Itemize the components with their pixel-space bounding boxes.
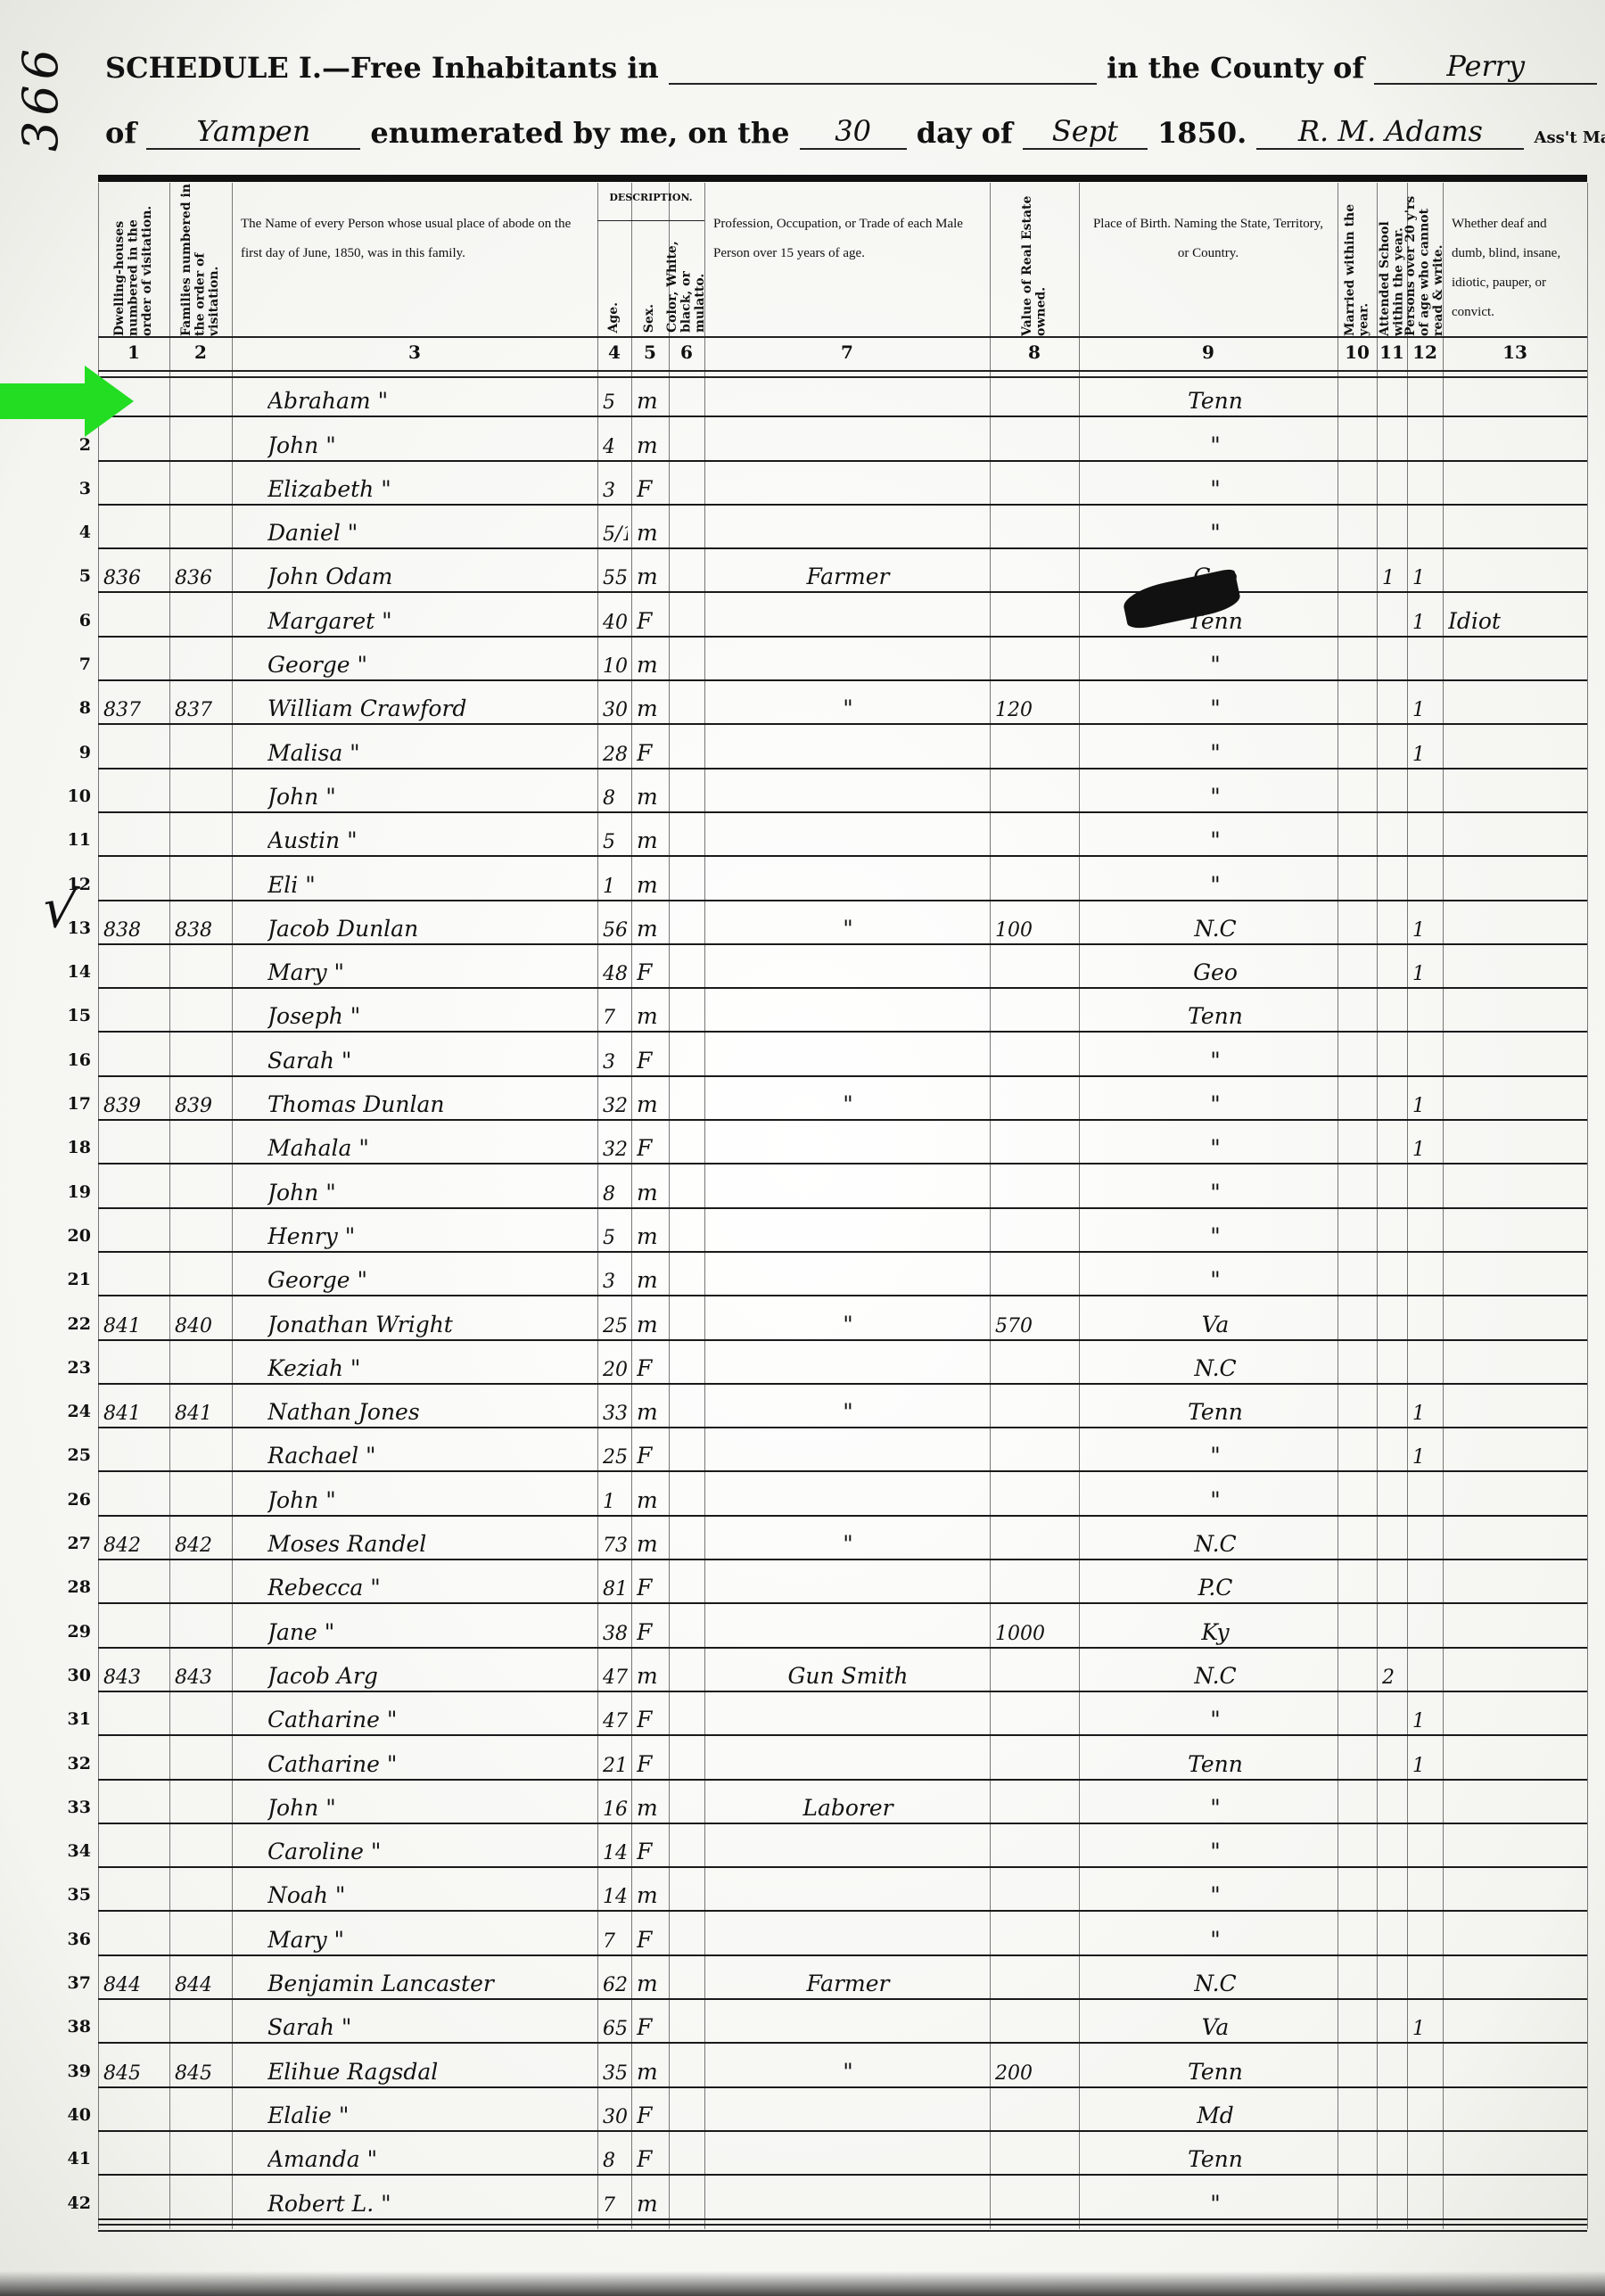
column-number: 9 bbox=[1079, 342, 1337, 370]
cell-illiterate: 1 bbox=[1412, 699, 1439, 721]
column-header-text: Place of Birth. Naming the State, Territ… bbox=[1093, 217, 1323, 260]
cell-name: Amanda " bbox=[267, 2146, 594, 2172]
cell-sex: F bbox=[637, 959, 665, 985]
cell-name: Abraham " bbox=[267, 388, 594, 414]
table-row: 21George "3m" bbox=[98, 1253, 1587, 1296]
column-number: 11 bbox=[1377, 342, 1407, 370]
cell-family: 837 bbox=[175, 699, 228, 721]
cell-name: Catharine " bbox=[267, 1751, 594, 1777]
cell-sex: F bbox=[637, 1443, 665, 1469]
line-number: 31 bbox=[62, 1709, 91, 1729]
cell-age: 7 bbox=[603, 2194, 628, 2217]
cell-age: 25 bbox=[603, 1446, 628, 1469]
column-number: 3 bbox=[232, 342, 597, 370]
cell-age: 33 bbox=[603, 1403, 628, 1425]
cell-occupation: " bbox=[710, 1531, 986, 1557]
column-header-2: Families numbered in the order of visita… bbox=[169, 183, 232, 336]
column-number: 2 bbox=[169, 342, 232, 370]
table-row: 25Rachael "25F"1 bbox=[98, 1428, 1587, 1472]
cell-name: Moses Randel bbox=[267, 1531, 594, 1557]
cell-illiterate: 1 bbox=[1412, 1139, 1439, 1161]
cell-name: Malisa " bbox=[267, 740, 594, 766]
cell-birthplace: " bbox=[1097, 1487, 1334, 1513]
header-top-rule bbox=[98, 175, 1587, 182]
cell-name: John Odam bbox=[267, 564, 594, 589]
cell-age: 3 bbox=[603, 1271, 628, 1293]
table-row: 13838838Jacob Dunlan56m"100N.C1 bbox=[98, 901, 1587, 945]
cell-sex: m bbox=[637, 1971, 665, 1996]
cell-age: 10 bbox=[603, 655, 628, 678]
line-number: 2 bbox=[62, 435, 91, 455]
line-number: 37 bbox=[62, 1973, 91, 1993]
cell-birthplace: " bbox=[1097, 1267, 1334, 1293]
column-header-text: The Name of every Person whose usual pla… bbox=[241, 217, 571, 260]
cell-name: John " bbox=[267, 1795, 594, 1821]
cell-birthplace: " bbox=[1097, 1707, 1334, 1732]
cell-sex: F bbox=[637, 2146, 665, 2172]
cell-name: Sarah " bbox=[267, 1048, 594, 1074]
cell-name: Sarah " bbox=[267, 2014, 594, 2040]
cell-name: Mary " bbox=[267, 959, 594, 985]
cell-sex: m bbox=[637, 1312, 665, 1337]
cell-birthplace: Tenn bbox=[1097, 2146, 1334, 2172]
cell-age: 1 bbox=[603, 1491, 628, 1513]
month-value: Sept bbox=[1023, 114, 1148, 150]
cell-age: 25 bbox=[603, 1315, 628, 1337]
table-bottom-rule bbox=[98, 2224, 1587, 2232]
cell-name: George " bbox=[267, 652, 594, 678]
cell-name: Jane " bbox=[267, 1619, 594, 1645]
line-number: 36 bbox=[62, 1930, 91, 1949]
cell-dwelling: 841 bbox=[103, 1315, 166, 1337]
cell-name: Catharine " bbox=[267, 1707, 594, 1732]
line-number: 16 bbox=[62, 1050, 91, 1070]
line-number: 4 bbox=[62, 523, 91, 542]
cell-age: 14 bbox=[603, 1886, 628, 1908]
column-header-9: Place of Birth. Naming the State, Territ… bbox=[1079, 183, 1337, 336]
cell-occupation: " bbox=[710, 1091, 986, 1117]
cell-illiterate: 1 bbox=[1412, 1755, 1439, 1777]
cell-sex: m bbox=[637, 2191, 665, 2217]
table-row: 22841840Jonathan Wright25m"570Va bbox=[98, 1296, 1587, 1340]
cell-age: 5/12 bbox=[603, 523, 628, 546]
table-row: 10John "8m" bbox=[98, 769, 1587, 813]
line-number: 17 bbox=[62, 1094, 91, 1114]
cell-name: Rachael " bbox=[267, 1443, 594, 1469]
table-row: 20Henry "5m" bbox=[98, 1209, 1587, 1253]
cell-sex: m bbox=[637, 520, 665, 546]
cell-birthplace: " bbox=[1097, 1839, 1334, 1864]
cell-name: Joseph " bbox=[267, 1003, 594, 1029]
cell-birthplace: " bbox=[1097, 1223, 1334, 1249]
table-row: 9Malisa "28F"1 bbox=[98, 725, 1587, 769]
cell-age: 16 bbox=[603, 1798, 628, 1821]
cell-sex: m bbox=[637, 388, 665, 414]
cell-sex: F bbox=[637, 1575, 665, 1601]
cell-real-estate: 200 bbox=[995, 2062, 1075, 2085]
cell-birthplace: Va bbox=[1097, 2014, 1334, 2040]
table-row: 32Catharine "21FTenn1 bbox=[98, 1736, 1587, 1780]
cell-sex: F bbox=[637, 1927, 665, 1953]
cell-real-estate: 1000 bbox=[995, 1623, 1075, 1645]
column-header-7: Profession, Occupation, or Trade of each… bbox=[704, 183, 990, 336]
cell-name: Nathan Jones bbox=[267, 1399, 594, 1425]
cell-illiterate: 1 bbox=[1412, 919, 1439, 942]
cell-birthplace: Ky bbox=[1097, 1619, 1334, 1645]
cell-family: 842 bbox=[175, 1535, 228, 1557]
line-number: 38 bbox=[62, 2017, 91, 2037]
table-row: 8837837William Crawford30m"120"1 bbox=[98, 681, 1587, 725]
cell-age: 47 bbox=[603, 1666, 628, 1689]
cell-birthplace: Va bbox=[1097, 1312, 1334, 1337]
cell-real-estate: 100 bbox=[995, 919, 1075, 942]
line-number: 42 bbox=[62, 2193, 91, 2213]
year-label: 1850. bbox=[1157, 116, 1247, 150]
cell-name: Robert L. " bbox=[267, 2191, 594, 2217]
inhabitants-in-blank bbox=[669, 49, 1097, 85]
cell-name: Jacob Dunlan bbox=[267, 916, 594, 942]
cell-dwelling: 844 bbox=[103, 1974, 166, 1996]
table-row: 27842842Moses Randel73m"N.C bbox=[98, 1517, 1587, 1560]
cell-sex: m bbox=[637, 1180, 665, 1206]
cell-sex: m bbox=[637, 2059, 665, 2085]
line-number: 23 bbox=[62, 1358, 91, 1378]
table-row: 26John "1m" bbox=[98, 1473, 1587, 1517]
line-number: 7 bbox=[62, 654, 91, 674]
cell-birthplace: " bbox=[1097, 1795, 1334, 1821]
cell-age: 5 bbox=[603, 1227, 628, 1249]
cell-birthplace: Tenn bbox=[1097, 1399, 1334, 1425]
cell-family: 843 bbox=[175, 1666, 228, 1689]
line-number: 9 bbox=[62, 743, 91, 762]
cell-age: 14 bbox=[603, 1842, 628, 1864]
cell-dwelling: 837 bbox=[103, 699, 166, 721]
cell-birthplace: " bbox=[1097, 695, 1334, 721]
cell-sex: F bbox=[637, 2103, 665, 2128]
schedule-title: SCHEDULE I.—Free Inhabitants in bbox=[105, 51, 659, 85]
cell-occupation: Gun Smith bbox=[710, 1663, 986, 1689]
line-number: 15 bbox=[62, 1006, 91, 1025]
column-header-text: Dwelling-houses numbered in the order of… bbox=[113, 183, 154, 336]
cell-dwelling: 838 bbox=[103, 919, 166, 942]
cell-name: Jonathan Wright bbox=[267, 1312, 594, 1337]
line-number: 34 bbox=[62, 1841, 91, 1861]
table-row: 23Keziah "20FN.C bbox=[98, 1341, 1587, 1385]
cell-birthplace: " bbox=[1097, 1882, 1334, 1908]
cell-age: 56 bbox=[603, 919, 628, 942]
cell-sex: F bbox=[637, 1135, 665, 1161]
cell-illiterate: 1 bbox=[1412, 612, 1439, 634]
column-header-8: Value of Real Estate owned. bbox=[990, 183, 1079, 336]
cell-family: 839 bbox=[175, 1095, 228, 1117]
cell-birthplace: P.C bbox=[1097, 1575, 1334, 1601]
cell-age: 32 bbox=[603, 1139, 628, 1161]
header-rule bbox=[98, 336, 1587, 338]
cell-name: Austin " bbox=[267, 827, 594, 853]
cell-name: Thomas Dunlan bbox=[267, 1091, 594, 1117]
column-number: 4 bbox=[597, 342, 631, 370]
cell-dwelling: 841 bbox=[103, 1403, 166, 1425]
cell-name: Elihue Ragsdal bbox=[267, 2059, 594, 2085]
line-number: 29 bbox=[62, 1622, 91, 1642]
column-header-12: Persons over 20 y'rs of age who cannot r… bbox=[1407, 183, 1443, 336]
cell-sex: F bbox=[637, 1707, 665, 1732]
column-header-4: Age. bbox=[597, 222, 631, 333]
table-row: 19John "8m" bbox=[98, 1164, 1587, 1208]
cell-family: 836 bbox=[175, 567, 228, 589]
cell-sex: F bbox=[637, 1619, 665, 1645]
column-number: 7 bbox=[704, 342, 990, 370]
description-group-rule bbox=[597, 220, 704, 221]
line-number: 35 bbox=[62, 1885, 91, 1905]
cell-name: John " bbox=[267, 1487, 594, 1513]
table-row: 11Austin "5m" bbox=[98, 813, 1587, 857]
cell-age: 7 bbox=[603, 1930, 628, 1953]
cell-age: 47 bbox=[603, 1710, 628, 1732]
column-header-3: The Name of every Person whose usual pla… bbox=[232, 183, 597, 336]
cell-age: 8 bbox=[603, 787, 628, 810]
of-label: of bbox=[105, 116, 136, 150]
cell-age: 1 bbox=[603, 876, 628, 898]
cell-sex: F bbox=[637, 608, 665, 634]
cell-sex: m bbox=[637, 827, 665, 853]
cell-sex: m bbox=[637, 1267, 665, 1293]
page-bottom-edge bbox=[0, 2271, 1605, 2296]
line-number: 40 bbox=[62, 2105, 91, 2125]
cell-name: Mary " bbox=[267, 1927, 594, 1953]
table-row: 34Caroline "14F" bbox=[98, 1824, 1587, 1868]
description-group-label: DESCRIPTION. bbox=[597, 192, 704, 218]
table-row: 35Noah "14m" bbox=[98, 1868, 1587, 1912]
cell-family: 841 bbox=[175, 1403, 228, 1425]
column-header-text: Sex. bbox=[643, 304, 656, 333]
table-row: 42Robert L. "7m" bbox=[98, 2176, 1587, 2219]
table-row: 33John "16mLaborer" bbox=[98, 1781, 1587, 1824]
table-row: 37844844Benjamin Lancaster62mFarmerN.C bbox=[98, 1956, 1587, 2000]
cell-birthplace: " bbox=[1097, 1091, 1334, 1117]
cell-sex: m bbox=[637, 872, 665, 898]
line-number: 26 bbox=[62, 1490, 91, 1510]
line-number: 8 bbox=[62, 698, 91, 718]
cell-school: 1 bbox=[1382, 567, 1403, 589]
line-number: 41 bbox=[62, 2149, 91, 2168]
marshal-value: R. M. Adams bbox=[1256, 114, 1524, 150]
line-number: 30 bbox=[62, 1666, 91, 1685]
census-page: 366 SCHEDULE I.—Free Inhabitants in in t… bbox=[0, 0, 1605, 2296]
cell-sex: m bbox=[637, 1399, 665, 1425]
line-number: 3 bbox=[62, 479, 91, 498]
table-row: 12Eli "1m" bbox=[98, 857, 1587, 901]
schedule-title-line: SCHEDULE I.—Free Inhabitants in in the C… bbox=[105, 49, 1605, 85]
column-header-text: Color, White, black, or mulatto. bbox=[666, 222, 707, 333]
line-number: 20 bbox=[62, 1226, 91, 1246]
table-row: 7George "10m" bbox=[98, 638, 1587, 681]
column-header-1: Dwelling-houses numbered in the order of… bbox=[98, 183, 169, 336]
cell-birthplace: Md bbox=[1097, 2103, 1334, 2128]
cell-occupation: " bbox=[710, 2059, 986, 2085]
cell-age: 73 bbox=[603, 1535, 628, 1557]
cell-sex: F bbox=[637, 740, 665, 766]
table-row: 18Mahala "32F"1 bbox=[98, 1121, 1587, 1164]
cell-sex: m bbox=[637, 432, 665, 458]
cell-occupation: " bbox=[710, 1399, 986, 1425]
table-row: 2John "4m" bbox=[98, 417, 1587, 461]
cell-birthplace: N.C bbox=[1097, 1663, 1334, 1689]
cell-condition: Idiot bbox=[1448, 608, 1584, 634]
cell-name: John " bbox=[267, 432, 594, 458]
cell-dwelling: 839 bbox=[103, 1095, 166, 1117]
table-row: 36Mary "7F" bbox=[98, 1913, 1587, 1956]
day-of-label: day of bbox=[917, 116, 1013, 150]
cell-name: Jacob Arg bbox=[267, 1663, 594, 1689]
table-row: 28Rebecca "81FP.C bbox=[98, 1560, 1587, 1604]
cell-birthplace: Tenn bbox=[1097, 1003, 1334, 1029]
cell-sex: m bbox=[637, 1487, 665, 1513]
cell-age: 40 bbox=[603, 612, 628, 634]
cell-dwelling: 842 bbox=[103, 1535, 166, 1557]
cell-occupation: " bbox=[710, 695, 986, 721]
column-header-text: Profession, Occupation, or Trade of each… bbox=[713, 217, 963, 260]
column-number: 12 bbox=[1407, 342, 1443, 370]
cell-occupation: " bbox=[710, 916, 986, 942]
line-number: 14 bbox=[62, 962, 91, 982]
line-number: 28 bbox=[62, 1577, 91, 1597]
day-value: 30 bbox=[800, 114, 907, 150]
cell-occupation: Farmer bbox=[710, 1971, 986, 1996]
cell-illiterate: 1 bbox=[1412, 1403, 1439, 1425]
cell-age: 28 bbox=[603, 744, 628, 766]
cell-family: 845 bbox=[175, 2062, 228, 2085]
cell-birthplace: " bbox=[1097, 872, 1334, 898]
cell-age: 65 bbox=[603, 2018, 628, 2040]
column-header-text: Attended School within the year. bbox=[1379, 183, 1406, 336]
cell-birthplace: Geo bbox=[1097, 959, 1334, 985]
line-number: 21 bbox=[62, 1270, 91, 1289]
cell-birthplace: " bbox=[1097, 652, 1334, 678]
row-rule bbox=[98, 2218, 1587, 2220]
cell-age: 8 bbox=[603, 1183, 628, 1206]
cell-sex: m bbox=[637, 1882, 665, 1908]
table-row: 31Catharine "47F"1 bbox=[98, 1692, 1587, 1736]
cell-sex: m bbox=[637, 916, 665, 942]
cell-illiterate: 1 bbox=[1412, 1095, 1439, 1117]
line-number: 6 bbox=[62, 611, 91, 630]
cell-sex: F bbox=[637, 1355, 665, 1381]
cell-family: 840 bbox=[175, 1315, 228, 1337]
column-divider bbox=[1587, 183, 1588, 2229]
cell-name: William Crawford bbox=[267, 695, 594, 721]
table-row: 4Daniel "5/12m" bbox=[98, 506, 1587, 549]
column-header-text: Age. bbox=[607, 302, 621, 333]
column-header-text: Value of Real Estate owned. bbox=[1021, 183, 1049, 336]
cell-dwelling: 845 bbox=[103, 2062, 166, 2085]
cell-real-estate: 120 bbox=[995, 699, 1075, 721]
cell-age: 7 bbox=[603, 1007, 628, 1029]
cell-sex: m bbox=[637, 1795, 665, 1821]
cell-birthplace: " bbox=[1097, 476, 1334, 502]
cell-sex: F bbox=[637, 476, 665, 502]
cell-age: 5 bbox=[603, 831, 628, 853]
cell-birthplace: " bbox=[1097, 827, 1334, 853]
cell-age: 30 bbox=[603, 2106, 628, 2128]
line-number: 18 bbox=[62, 1138, 91, 1157]
cell-name: Elalie " bbox=[267, 2103, 594, 2128]
enumerated-label: enumerated by me, on the bbox=[370, 116, 789, 150]
cell-age: 3 bbox=[603, 1051, 628, 1074]
cell-birthplace: Tenn bbox=[1097, 2059, 1334, 2085]
cell-name: John " bbox=[267, 784, 594, 810]
cell-age: 62 bbox=[603, 1974, 628, 1996]
cell-birthplace: N.C bbox=[1097, 1355, 1334, 1381]
cell-age: 81 bbox=[603, 1578, 628, 1601]
cell-name: Keziah " bbox=[267, 1355, 594, 1381]
table-row: Abraham "5mTenn bbox=[98, 374, 1587, 417]
cell-age: 35 bbox=[603, 2062, 628, 2085]
cell-sex: m bbox=[637, 1223, 665, 1249]
cell-birthplace: " bbox=[1097, 1048, 1334, 1074]
line-number: 27 bbox=[62, 1534, 91, 1553]
table-row: 41Amanda "8FTenn bbox=[98, 2132, 1587, 2176]
line-number: 10 bbox=[62, 786, 91, 806]
column-header-11: Attended School within the year. bbox=[1377, 183, 1407, 336]
cell-birthplace: Tenn bbox=[1097, 388, 1334, 414]
cell-sex: m bbox=[637, 1091, 665, 1117]
cell-age: 55 bbox=[603, 567, 628, 589]
column-number: 8 bbox=[990, 342, 1079, 370]
cell-birthplace: " bbox=[1097, 1927, 1334, 1953]
cell-name: George " bbox=[267, 1267, 594, 1293]
cell-name: Eli " bbox=[267, 872, 594, 898]
column-number: 6 bbox=[669, 342, 704, 370]
cell-name: Caroline " bbox=[267, 1839, 594, 1864]
cell-illiterate: 1 bbox=[1412, 567, 1439, 589]
cell-school: 2 bbox=[1382, 1666, 1403, 1689]
cell-illiterate: 1 bbox=[1412, 1446, 1439, 1469]
cell-age: 20 bbox=[603, 1359, 628, 1381]
cell-age: 8 bbox=[603, 2150, 628, 2172]
table-row: 30843843Jacob Arg47mGun SmithN.C2 bbox=[98, 1649, 1587, 1692]
line-number: 5 bbox=[62, 566, 91, 586]
column-header-5: Sex. bbox=[631, 222, 669, 333]
cell-name: Daniel " bbox=[267, 520, 594, 546]
column-header-13: Whether deaf and dumb, blind, insane, id… bbox=[1443, 183, 1587, 336]
cell-sex: F bbox=[637, 2014, 665, 2040]
cell-birthplace: " bbox=[1097, 520, 1334, 546]
cell-age: 32 bbox=[603, 1095, 628, 1117]
cell-birthplace: N.C bbox=[1097, 916, 1334, 942]
cell-name: John " bbox=[267, 1180, 594, 1206]
cell-family: 844 bbox=[175, 1974, 228, 1996]
cell-sex: F bbox=[637, 1839, 665, 1864]
cell-birthplace: " bbox=[1097, 1180, 1334, 1206]
cell-birthplace: " bbox=[1097, 784, 1334, 810]
cell-name: Mahala " bbox=[267, 1135, 594, 1161]
cell-illiterate: 1 bbox=[1412, 963, 1439, 985]
marshal-label: Ass't Marshal. bbox=[1535, 128, 1605, 147]
line-number: 22 bbox=[62, 1314, 91, 1334]
cell-sex: m bbox=[637, 1531, 665, 1557]
column-header-text: Married within the year. bbox=[1344, 183, 1371, 336]
cell-name: Henry " bbox=[267, 1223, 594, 1249]
table-row: 3Elizabeth "3F" bbox=[98, 462, 1587, 506]
cell-sex: m bbox=[637, 784, 665, 810]
cell-age: 38 bbox=[603, 1623, 628, 1645]
cell-name: Noah " bbox=[267, 1882, 594, 1908]
cell-name: Benjamin Lancaster bbox=[267, 1971, 594, 1996]
cell-age: 21 bbox=[603, 1755, 628, 1777]
cell-birthplace: " bbox=[1097, 1443, 1334, 1469]
page-number-margin: 366 bbox=[12, 44, 69, 152]
